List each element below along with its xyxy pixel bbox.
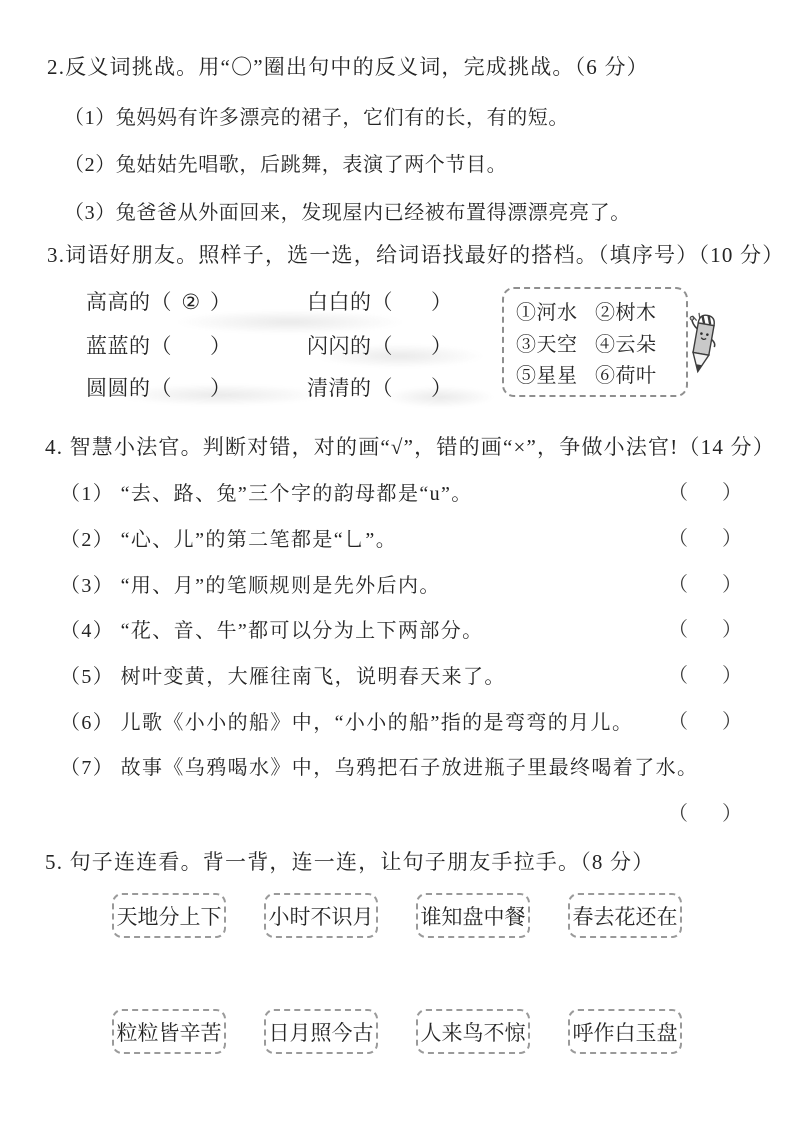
word-bank-option: ⑥荷叶 xyxy=(595,359,674,388)
word-bank-option: ④云朵 xyxy=(595,328,674,357)
phrase-card: 呼作白玉盘 xyxy=(568,1009,682,1054)
q3-blank-gaogao: 高高的（②） xyxy=(86,286,232,316)
judge-answer-slot-2: （） xyxy=(668,522,742,551)
q2-item-3: （3）兔爸爸从外面回来，发现屋内已经被布置得漂漂亮亮了。 xyxy=(64,196,631,225)
q4-item-4: （4） “花、音、牛”都可以分为上下两部分。 xyxy=(60,614,484,643)
pair-label: 圆圆的 xyxy=(86,376,151,400)
phrase-card: 日月照今古 xyxy=(264,1009,378,1054)
question-4-heading: 4. 智慧小法官。判断对错，对的画“√”，错的画“×”，争做小法官!（14 分） xyxy=(45,431,775,461)
q4-item-1: （1） “去、路、兔”三个字的韵母都是“u”。 xyxy=(60,477,473,506)
pencil-mascot-icon xyxy=(682,308,724,376)
question-3-heading: 3.词语好朋友。照样子，选一选，给词语找最好的搭档。（填序号）（10 分） xyxy=(47,239,784,269)
q3-blank-qingqing: 清清的（） xyxy=(307,372,453,402)
q2-item-1: （1）兔妈妈有许多漂亮的裙子，它们有的长，有的短。 xyxy=(64,101,569,130)
pair-label: 清清的 xyxy=(307,376,372,400)
answer-slot: ② xyxy=(172,290,210,315)
pair-label: 高高的 xyxy=(86,290,151,314)
q4-item-2: （2） “心、儿”的第二笔都是“乚”。 xyxy=(60,523,397,552)
question-5-heading: 5. 句子连连看。背一背，连一连，让句子朋友手拉手。（8 分） xyxy=(45,846,654,876)
question-2-heading: 2.反义词挑战。用“〇”圈出句中的反义词，完成挑战。（6 分） xyxy=(47,51,649,81)
phrase-card: 天地分上下 xyxy=(112,893,226,938)
word-bank-option: ③天空 xyxy=(516,328,595,357)
judge-answer-slot-3: （） xyxy=(668,568,742,597)
word-bank-option: ⑤星星 xyxy=(516,359,595,388)
q3-blank-shanshan: 闪闪的（） xyxy=(307,330,453,360)
judge-answer-slot-6: （） xyxy=(668,705,742,734)
judge-answer-slot-1: （） xyxy=(668,476,742,505)
q2-item-2: （2）兔姑姑先唱歌，后跳舞，表演了两个节目。 xyxy=(64,148,507,177)
pair-label: 闪闪的 xyxy=(307,334,372,358)
judge-answer-slot-7: （） xyxy=(668,797,742,826)
phrase-card: 小时不识月 xyxy=(264,893,378,938)
q3-word-bank: ①河水 ②树木 ③天空 ④云朵 ⑤星星 ⑥荷叶 xyxy=(502,287,688,397)
q3-blank-yuanyuan: 圆圆的（） xyxy=(86,372,232,402)
word-bank-option: ②树木 xyxy=(595,296,674,325)
judge-answer-slot-4: （） xyxy=(668,613,742,642)
word-bank-option: ①河水 xyxy=(516,296,595,325)
worksheet-page: 2.反义词挑战。用“〇”圈出句中的反义词，完成挑战。（6 分） （1）兔妈妈有许… xyxy=(0,0,793,1122)
q4-item-6: （6） 儿歌《小小的船》中，“小小的船”指的是弯弯的月儿。 xyxy=(60,706,633,735)
pair-label: 蓝蓝的 xyxy=(86,334,151,358)
q3-blank-lanlan: 蓝蓝的（） xyxy=(86,330,232,360)
pair-label: 白白的 xyxy=(307,290,372,314)
phrase-card: 粒粒皆辛苦 xyxy=(112,1009,226,1054)
phrase-card: 谁知盘中餐 xyxy=(416,893,530,938)
q4-item-5: （5） 树叶变黄，大雁往南飞，说明春天来了。 xyxy=(60,660,506,689)
phrase-card: 春去花还在 xyxy=(568,893,682,938)
phrase-card: 人来鸟不惊 xyxy=(416,1009,530,1054)
judge-answer-slot-5: （） xyxy=(668,659,742,688)
q4-item-7: （7） 故事《乌鸦喝水》中，乌鸦把石子放进瓶子里最终喝着了水。 xyxy=(60,751,698,780)
q4-item-3: （3） “用、月”的笔顺规则是先外后内。 xyxy=(60,569,441,598)
q3-blank-baibai: 白白的（） xyxy=(307,286,453,316)
